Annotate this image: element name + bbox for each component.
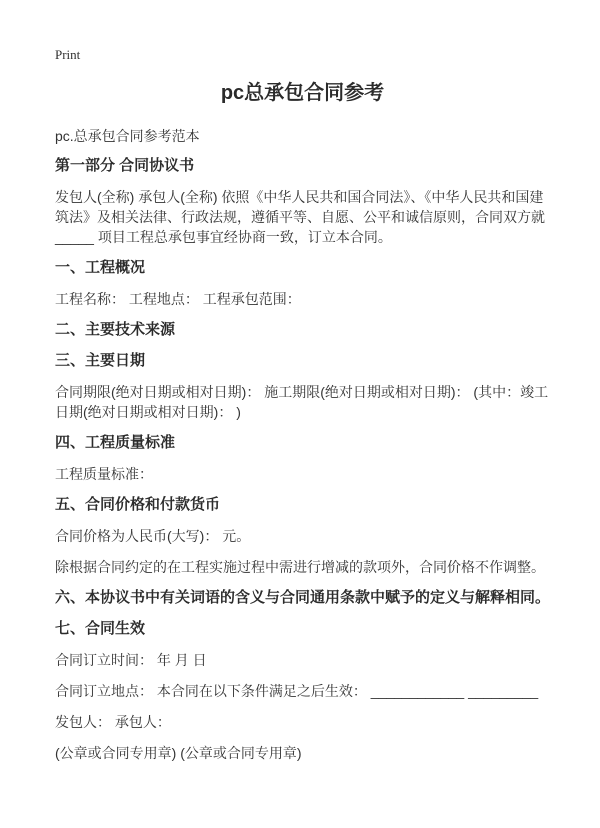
document-body: 第一部分 合同协议书发包人(全称) 承包人(全称) 依照《中华人民共和国合同法》…	[55, 156, 550, 763]
paragraph: 合同期限(绝对日期或相对日期)： 施工期限(绝对日期或相对日期)： (其中：竣工…	[55, 382, 550, 422]
section-heading: 四、工程质量标准	[55, 433, 550, 453]
section-heading: 一、工程概况	[55, 258, 550, 278]
section-heading: 六、本协议书中有关词语的含义与合同通用条款中赋予的定义与解释相同。	[55, 588, 550, 608]
document-page: Print pc总承包合同参考 pc.总承包合同参考范本 第一部分 合同协议书发…	[0, 0, 600, 828]
paragraph: 合同订立地点： 本合同在以下条件满足之后生效： ____________ ___…	[55, 681, 550, 701]
paragraph: 合同价格为人民币(大写)： 元。	[55, 526, 550, 546]
paragraph: 工程质量标准：	[55, 464, 550, 484]
paragraph: (公章或合同专用章) (公章或合同专用章)	[55, 743, 550, 763]
paragraph: 工程名称： 工程地点： 工程承包范围：	[55, 289, 550, 309]
section-heading: 二、主要技术来源	[55, 320, 550, 340]
print-link[interactable]: Print	[55, 47, 80, 62]
paragraph: 除根据合同约定的在工程实施过程中需进行增减的款项外，合同价格不作调整。	[55, 557, 550, 577]
paragraph: 合同订立时间： 年 月 日	[55, 650, 550, 670]
section-heading: 五、合同价格和付款货币	[55, 495, 550, 515]
section-heading: 第一部分 合同协议书	[55, 156, 550, 176]
document-subtitle: pc.总承包合同参考范本	[55, 127, 550, 145]
page-title: pc总承包合同参考	[55, 81, 550, 105]
paragraph: 发包人(全称) 承包人(全称) 依照《中华人民共和国合同法》、《中华人民共和国建…	[55, 187, 550, 247]
section-heading: 三、主要日期	[55, 351, 550, 371]
section-heading: 七、合同生效	[55, 619, 550, 639]
paragraph: 发包人： 承包人：	[55, 712, 550, 732]
